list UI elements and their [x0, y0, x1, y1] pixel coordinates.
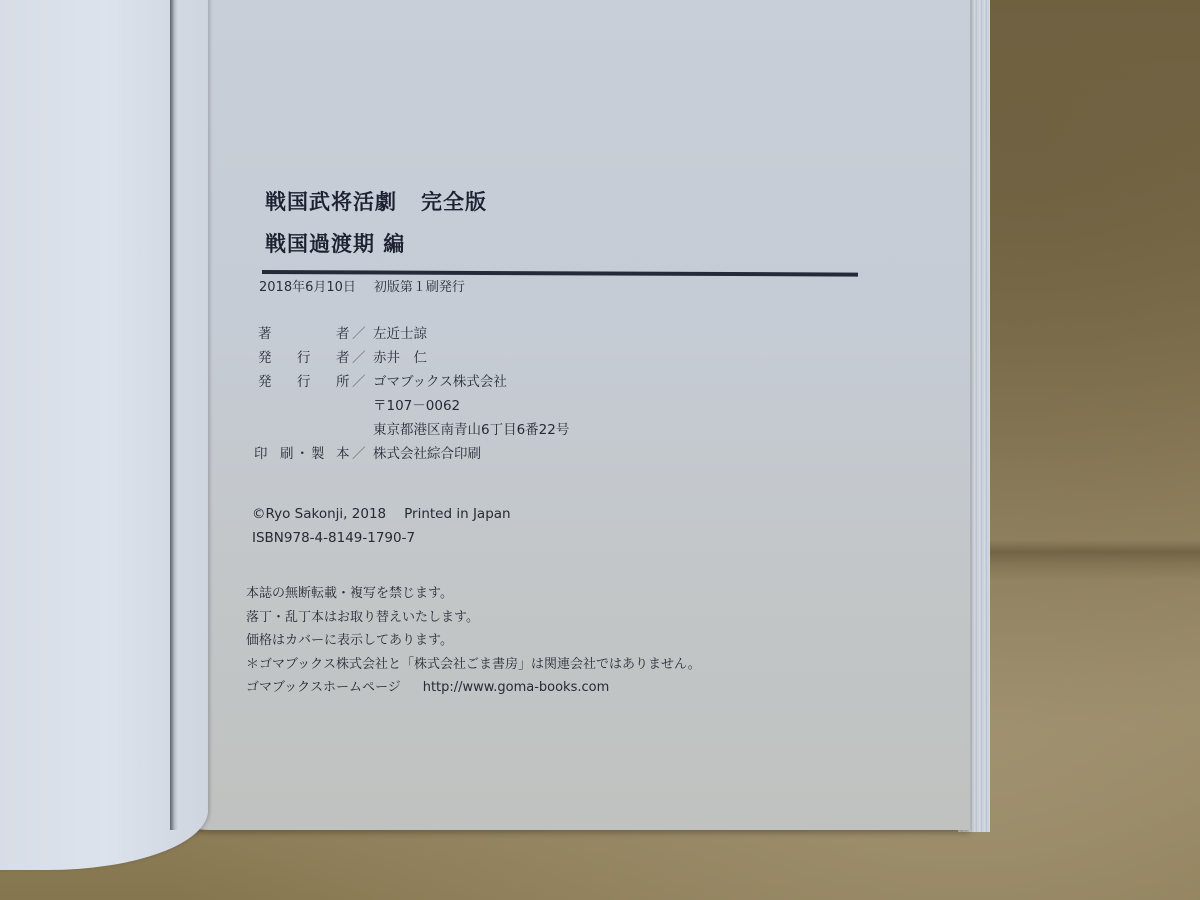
notice-no-reproduction: 本誌の無断転載・複写を禁じます。	[246, 582, 701, 606]
book-title: 戦国武将活劇完全版	[265, 186, 487, 216]
printing-edition: 初版第１刷発行	[374, 280, 465, 295]
notice-price: 価格はカバーに表示してあります。	[246, 629, 701, 653]
credit-value-author: 左近士諒	[373, 322, 427, 346]
notices-list: 本誌の無断転載・複写を禁じます。 落丁・乱丁本はお取り替えいたします。 価格はカ…	[246, 582, 701, 700]
notice-replacement: 落丁・乱丁本はお取り替えいたします。	[246, 606, 701, 630]
homepage-line: ゴマブックスホームページhttp://www.goma-books.com	[246, 676, 701, 700]
copyright-notice: ©Ryo Sakonji, 2018	[252, 506, 386, 522]
credit-value-printer: 株式会社綜合印刷	[373, 442, 481, 466]
homepage-url: http://www.goma-books.com	[423, 680, 610, 695]
colophon: 戦国武将活劇完全版 戦国過渡期 編 2018年6月10日初版第１刷発行 著 者 …	[0, 0, 1200, 900]
book-subtitle: 戦国過渡期 編	[265, 228, 405, 258]
credit-separator: ／	[352, 442, 366, 466]
issue-date: 2018年6月10日	[259, 280, 356, 295]
credit-value-publisher: ゴマブックス株式会社	[373, 370, 507, 394]
copyright-line: ©Ryo Sakonji, 2018Printed in Japan	[252, 506, 511, 522]
credit-value-publisher-person: 赤井 仁	[373, 346, 427, 370]
credit-value-address: 東京都港区南青山6丁目6番22号	[373, 418, 569, 442]
printed-in: Printed in Japan	[404, 506, 510, 522]
book-title-main: 戦国武将活劇	[265, 190, 397, 214]
credit-separator: ／	[352, 322, 366, 346]
isbn: ISBN978-4-8149-1790-7	[252, 530, 415, 546]
homepage-label: ゴマブックスホームページ	[246, 680, 401, 695]
issue-info: 2018年6月10日初版第１刷発行	[259, 276, 465, 295]
credit-separator: ／	[352, 346, 366, 370]
credit-separator: ／	[352, 370, 366, 394]
notice-not-affiliated: ＊ゴマブックス株式会社と「株式会社ごま書房」は関連会社ではありません。	[246, 653, 701, 677]
book-title-edition: 完全版	[421, 190, 487, 214]
credit-value-postal-code: 〒107－0062	[373, 394, 460, 418]
